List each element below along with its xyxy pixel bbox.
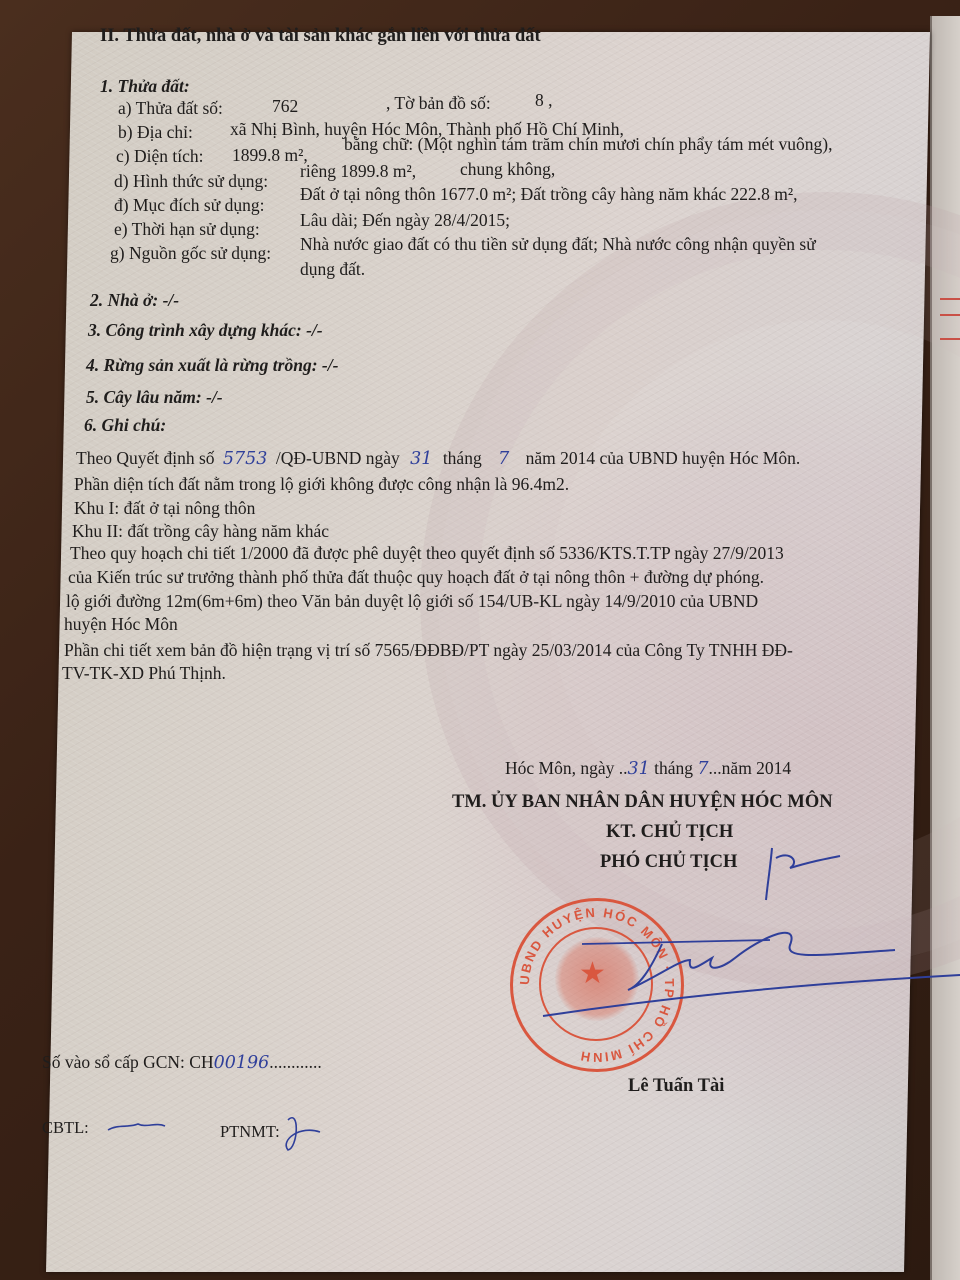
certificate-book-number: Số vào sổ cấp GCN: CH00196............ [42,1052,322,1073]
signer-name: Lê Tuấn Tài [628,1076,724,1096]
handwritten-signature [0,0,960,1280]
cbtl-label: CBTL: [42,1118,89,1138]
cert-book-number-handwritten: 00196 [214,1053,270,1073]
ptnmt-label: PTNMT: [220,1122,280,1142]
